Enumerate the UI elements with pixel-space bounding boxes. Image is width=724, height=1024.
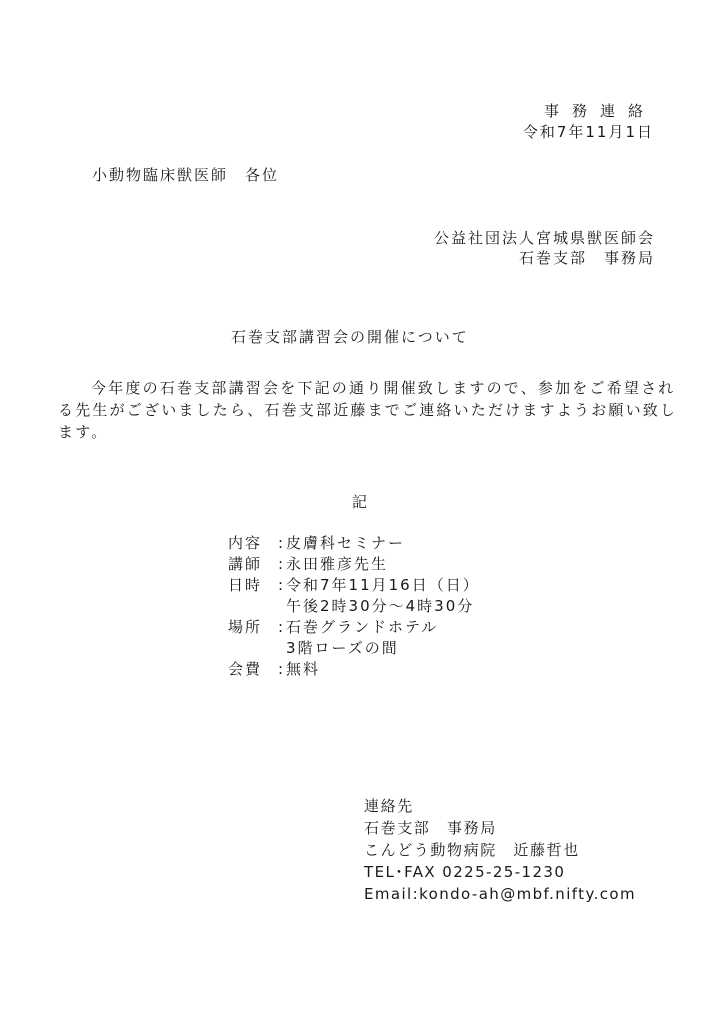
detail-colon — [278, 638, 286, 659]
detail-row-datetime: 日時 : 令和7年11月16日（日） — [228, 575, 480, 596]
detail-colon: : — [278, 554, 286, 575]
detail-colon: : — [278, 533, 286, 554]
contact-office: 石巻支部 事務局 — [364, 817, 636, 839]
addressee: 小動物臨床獣医師 各位 — [92, 165, 279, 185]
detail-colon: : — [278, 617, 286, 638]
detail-value: 午後2時30分～4時30分 — [286, 596, 474, 617]
detail-row-fee: 会費 : 無料 — [228, 659, 480, 680]
detail-label: 場所 — [228, 617, 278, 638]
body-paragraph: 今年度の石巻支部講習会を下記の通り開催致しますので、参加をご希望される先生がござ… — [58, 377, 688, 443]
detail-row-venue: 場所 : 石巻グランドホテル — [228, 617, 480, 638]
detail-label: 内容 — [228, 533, 278, 554]
contact-block: 連絡先 石巻支部 事務局 こんどう動物病院 近藤哲也 TEL･FAX 0225-… — [364, 795, 636, 905]
detail-label — [228, 596, 278, 617]
detail-row-lecturer: 講師 : 永田雅彦先生 — [228, 554, 480, 575]
detail-value: 永田雅彦先生 — [286, 554, 388, 575]
detail-label — [228, 638, 278, 659]
detail-colon — [278, 596, 286, 617]
detail-value: 無料 — [286, 659, 320, 680]
detail-row-time: 午後2時30分～4時30分 — [228, 596, 480, 617]
contact-heading: 連絡先 — [364, 795, 636, 817]
detail-row-content: 内容 : 皮膚科セミナー — [228, 533, 480, 554]
sender-office: 石巻支部 事務局 — [519, 248, 655, 268]
detail-colon: : — [278, 659, 286, 680]
detail-label: 日時 — [228, 575, 278, 596]
document-type-label: 事務連絡 — [544, 101, 656, 121]
contact-hospital: こんどう動物病院 近藤哲也 — [364, 839, 636, 861]
contact-email: Email:kondo-ah@mbf.nifty.com — [364, 883, 636, 905]
ki-heading: 記 — [352, 492, 369, 512]
detail-label: 会費 — [228, 659, 278, 680]
detail-value: 3階ローズの間 — [286, 638, 399, 659]
document-date: 令和7年11月1日 — [523, 122, 654, 142]
detail-label: 講師 — [228, 554, 278, 575]
detail-row-room: 3階ローズの間 — [228, 638, 480, 659]
event-details: 内容 : 皮膚科セミナー 講師 : 永田雅彦先生 日時 : 令和7年11月16日… — [228, 533, 480, 680]
detail-value: 令和7年11月16日（日） — [286, 575, 480, 596]
detail-colon: : — [278, 575, 286, 596]
document-subject: 石巻支部講習会の開催について — [231, 327, 469, 347]
detail-value: 皮膚科セミナー — [286, 533, 405, 554]
contact-phone: TEL･FAX 0225-25-1230 — [364, 861, 636, 883]
sender-organization: 公益社団法人宮城県獣医師会 — [434, 228, 655, 248]
detail-value: 石巻グランドホテル — [286, 617, 438, 638]
